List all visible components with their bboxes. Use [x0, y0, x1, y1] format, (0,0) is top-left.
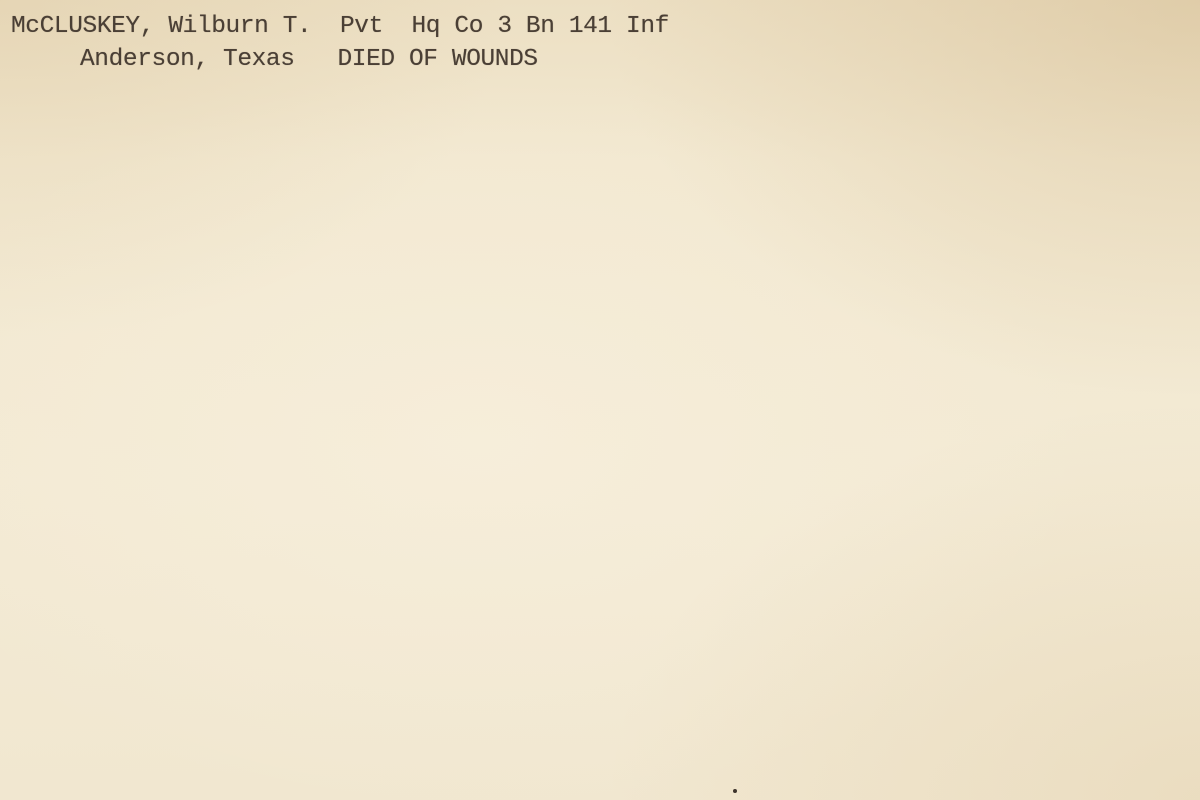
soldier-name: McCLUSKEY, Wilburn T. [11, 13, 311, 40]
card-line-1: McCLUSKEY, Wilburn T. Pvt Hq Co 3 Bn 141… [11, 13, 669, 40]
ink-speck [733, 789, 737, 793]
casualty-status: DIED OF WOUNDS [337, 46, 537, 73]
soldier-rank: Pvt [340, 13, 383, 40]
index-card: McCLUSKEY, Wilburn T. Pvt Hq Co 3 Bn 141… [0, 0, 1200, 800]
soldier-unit: Hq Co 3 Bn 141 Inf [412, 13, 669, 40]
soldier-hometown: Anderson, Texas [80, 46, 295, 73]
card-line-2: Anderson, Texas DIED OF WOUNDS [80, 46, 538, 73]
